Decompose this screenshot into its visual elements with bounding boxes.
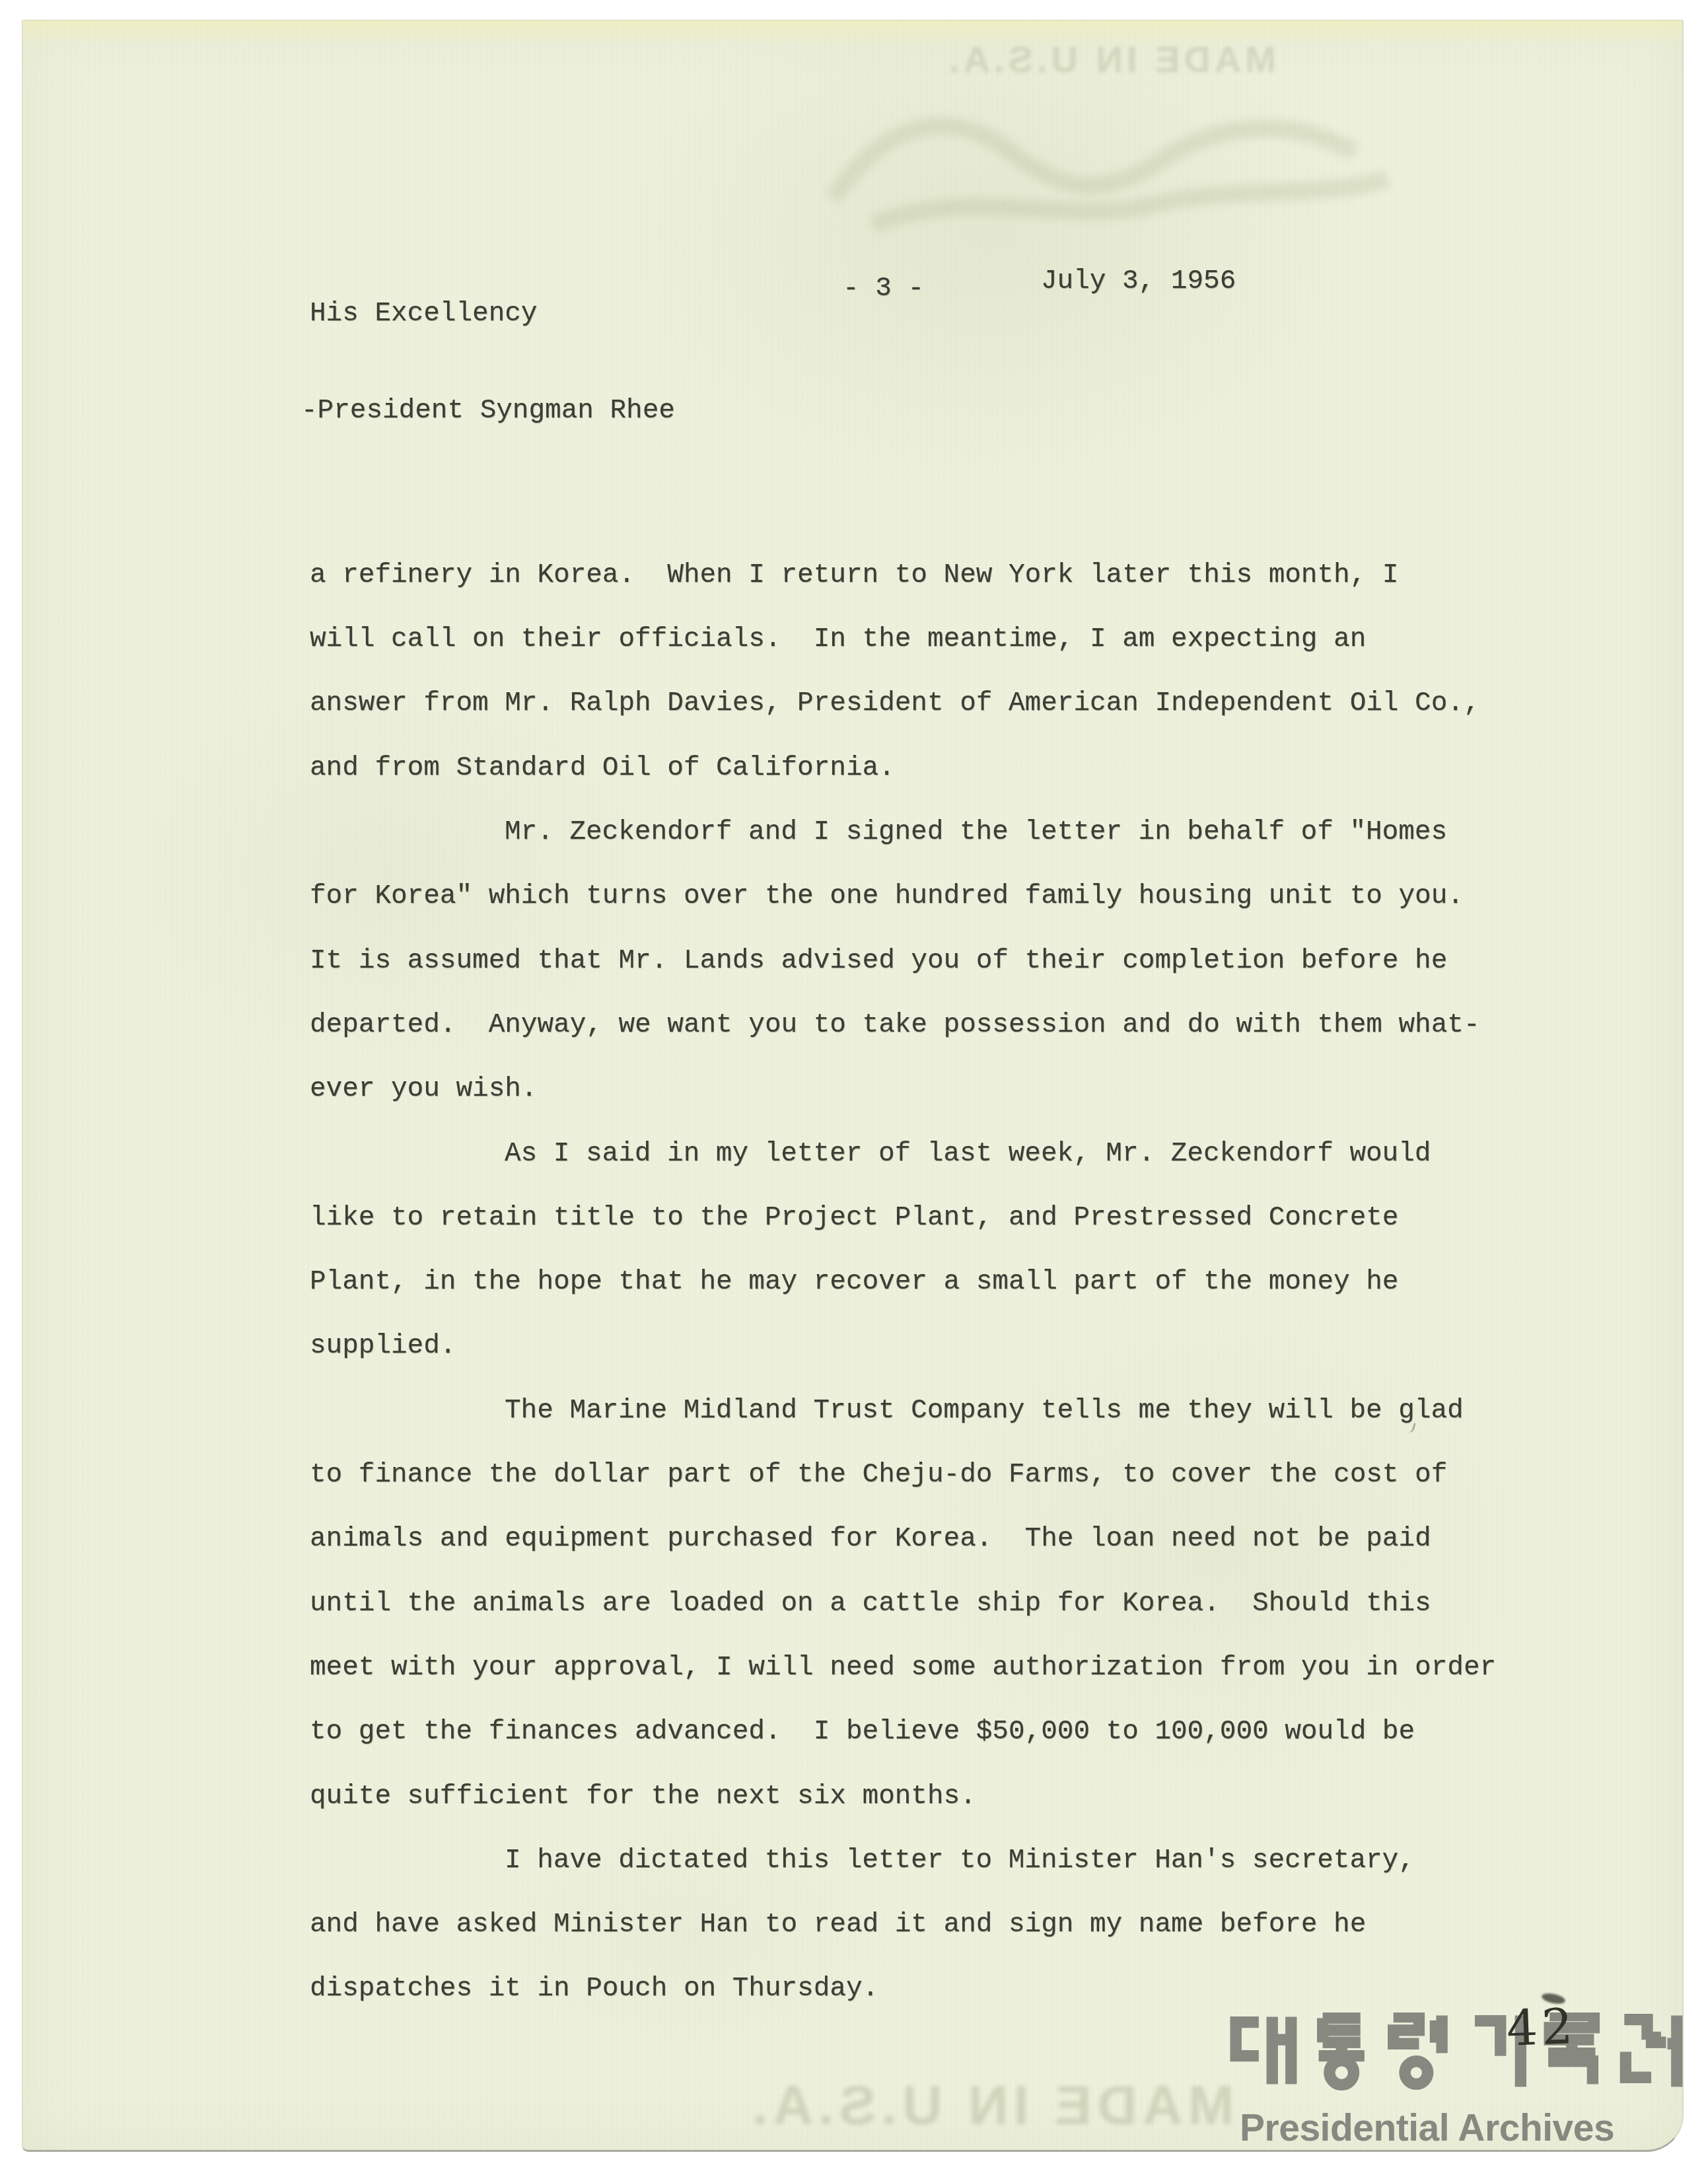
letter-line: like to retain title to the Project Plan… (310, 1186, 1525, 1250)
letter-line: for Korea" which turns over the one hund… (310, 865, 1525, 929)
letter-line: supplied. (310, 1314, 1525, 1378)
letter-line: meet with your approval, I will need som… (310, 1636, 1525, 1700)
bleed-through-marks (793, 60, 1454, 258)
letter-date: July 3, 1956 (1041, 266, 1236, 298)
paper-top-discoloration (22, 20, 1682, 46)
letter-line: It is assumed that Mr. Lands advised you… (310, 929, 1525, 993)
letter-line: until the animals are loaded on a cattle… (310, 1572, 1525, 1636)
letter-line: The Marine Midland Trust Company tells m… (310, 1379, 1525, 1443)
page-number-stamp: 42 (1506, 1998, 1578, 2057)
letter-line: quite sufficient for the next six months… (310, 1765, 1525, 1829)
letter-line: and have asked Minister Han to read it a… (310, 1893, 1525, 1957)
letter-line: Plant, in the hope that he may recover a… (310, 1250, 1525, 1314)
letter-line: answer from Mr. Ralph Davies, President … (310, 672, 1525, 736)
letter-line: I have dictated this letter to Minister … (310, 1829, 1525, 1893)
bleed-through-text-bottom: MADE IN U.S.A. (747, 2073, 1234, 2137)
watermark-english-text: Presidential Archives (1240, 2106, 1614, 2150)
letter-line: to finance the dollar part of the Cheju-… (310, 1443, 1525, 1507)
letter-line: and from Standard Oil of California. (310, 736, 1525, 801)
letter-line: departed. Anyway, we want you to take po… (310, 993, 1525, 1057)
letter-paper-sheet: MADE IN U.S.A. His Excellency -President… (22, 20, 1684, 2152)
letter-line: to get the finances advanced. I believe … (310, 1700, 1525, 1764)
watermark-korean-text (1229, 2013, 1684, 2090)
letter-line: animals and equipment purchased for Kore… (310, 1507, 1525, 1571)
scan-background: { "page": { "background_color": "#ffffff… (0, 0, 1708, 2173)
letter-line: Mr. Zeckendorf and I signed the letter i… (310, 801, 1525, 865)
page-number-marker: - 3 - (843, 273, 924, 305)
letter-body: a refinery in Korea. When I return to Ne… (310, 351, 1525, 2022)
letter-line: a refinery in Korea. When I return to Ne… (310, 544, 1525, 608)
letter-line: As I said in my letter of last week, Mr.… (310, 1122, 1525, 1186)
addressee-line-1: His Excellency (310, 298, 675, 330)
letter-line: will call on their officials. In the mea… (310, 608, 1525, 672)
letter-line: ever you wish. (310, 1057, 1525, 1122)
